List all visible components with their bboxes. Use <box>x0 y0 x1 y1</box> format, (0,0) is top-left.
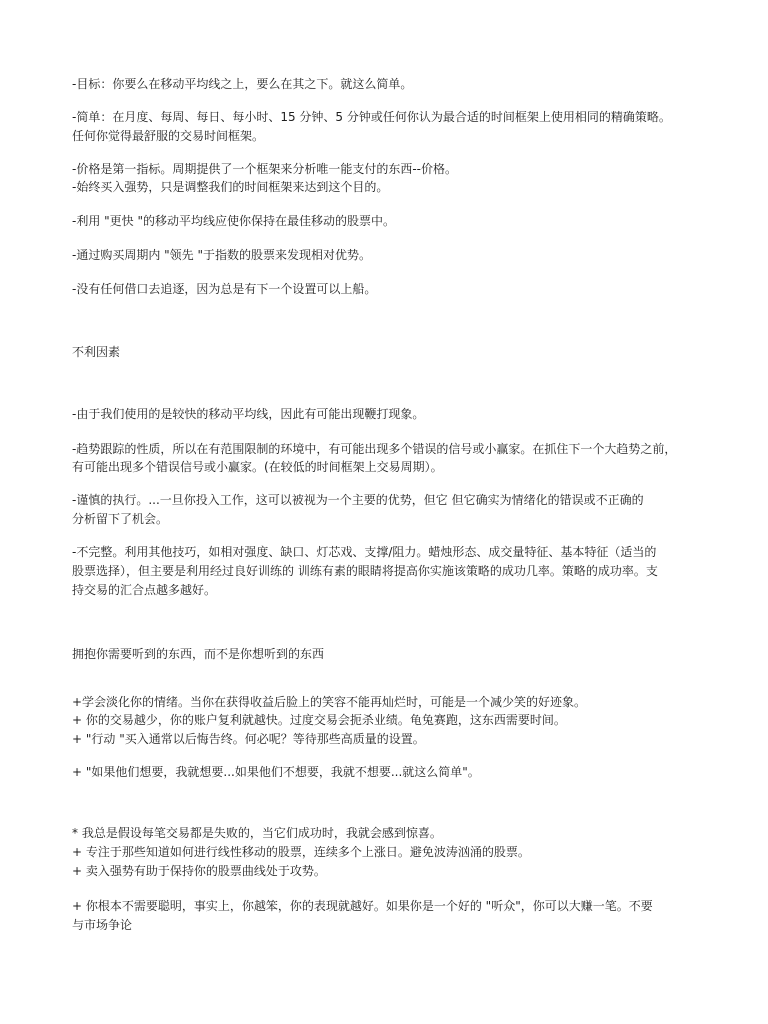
drawbacks-heading: 不利因素 <box>72 343 712 362</box>
linear-movers-bullet: + 专注于那些知道如何进行线性移动的股票，连续多个上涨日。避免波涛汹涌的股票。 <box>72 843 712 862</box>
whipsaw-paragraph: -由于我们使用的是较快的移动平均线，因此有可能出现鞭打现象。 <box>72 405 712 424</box>
trend-following-line-2: 有可能出现多个错误信号或小赢家。(在较低的时间框架上交易周期）。 <box>72 458 712 477</box>
faster-ma-paragraph: -利用 "更快 "的移动平均线应使你保持在最佳移动的股票中。 <box>72 212 712 231</box>
if-they-want-bullet: + "如果他们想要，我就想要...如果他们不想要，我就不想要...就这么简单"。 <box>72 763 712 782</box>
simple-paragraph-line-2: 任何你觉得最舒服的交易时间框架。 <box>72 127 712 146</box>
action-buy-bullet: + "行动 "买入通常以后悔告终。何必呢？等待那些高质量的设置。 <box>72 730 712 749</box>
embrace-heading: 拥抱你需要听到的东西，而不是你想听到的东西 <box>72 645 712 664</box>
execution-line-1: -谨慎的执行。...一旦你投入工作，这可以被视为一个主要的优势，但它 但它确实为… <box>72 491 712 510</box>
goal-paragraph: -目标：你要么在移动平均线之上，要么在其之下。就这么简单。 <box>72 75 712 94</box>
incomplete-line-1: -不完整。利用其他技巧，如相对强度、缺口、灯芯戏、支撑/阻力。蜡烛形态、成交量特… <box>72 543 712 562</box>
price-paragraph-line-2: -始终买入强势，只是调整我们的时间框架来达到这个目的。 <box>72 178 712 197</box>
trend-following-line-1: -趋势跟踪的性质，所以在有范围限制的环境中，有可能出现多个错误的信号或小赢家。在… <box>72 440 712 459</box>
price-paragraph-line-1: -价格是第一指标。周期提供了一个框架来分析唯一能支付的东西--价格。 <box>72 160 712 179</box>
sell-into-strength-bullet: + 卖入强势有助于保持你的股票曲线处于攻势。 <box>72 862 712 881</box>
simple-paragraph-line-1: -简单：在月度、每周、每日、每小时、15 分钟、5 分钟或任何你认为最合适的时间… <box>72 108 712 127</box>
no-chase-paragraph: -没有任何借口去追逐，因为总是有下一个设置可以上船。 <box>72 280 712 299</box>
execution-line-2: 分析留下了机会。 <box>72 510 712 529</box>
dont-be-smart-line-1: + 你根本不需要聪明，事实上，你越笨，你的表现就越好。如果你是一个好的 "听众"… <box>72 897 712 916</box>
dont-be-smart-line-2: 与市场争论 <box>72 916 712 935</box>
trade-less-bullet: + 你的交易越少，你的账户复利就越快。过度交易会扼杀业绩。龟兔赛跑，这东西需要时… <box>72 711 712 730</box>
emotion-bullet: +学会淡化你的情绪。当你在获得收益后脸上的笑容不能再灿烂时，可能是一个减少笑的好… <box>72 693 712 712</box>
incomplete-line-2: 股票选择），但主要是利用经过良好训练的 训练有素的眼睛将提高你实施该策略的成功几… <box>72 562 712 581</box>
incomplete-line-3: 持交易的汇合点越多越好。 <box>72 581 712 600</box>
assume-fail-bullet: * 我总是假设每笔交易都是失败的，当它们成功时，我就会感到惊喜。 <box>72 824 712 843</box>
relative-strength-paragraph: -通过购买周期内 "领先 "于指数的股票来发现相对优势。 <box>72 246 712 265</box>
